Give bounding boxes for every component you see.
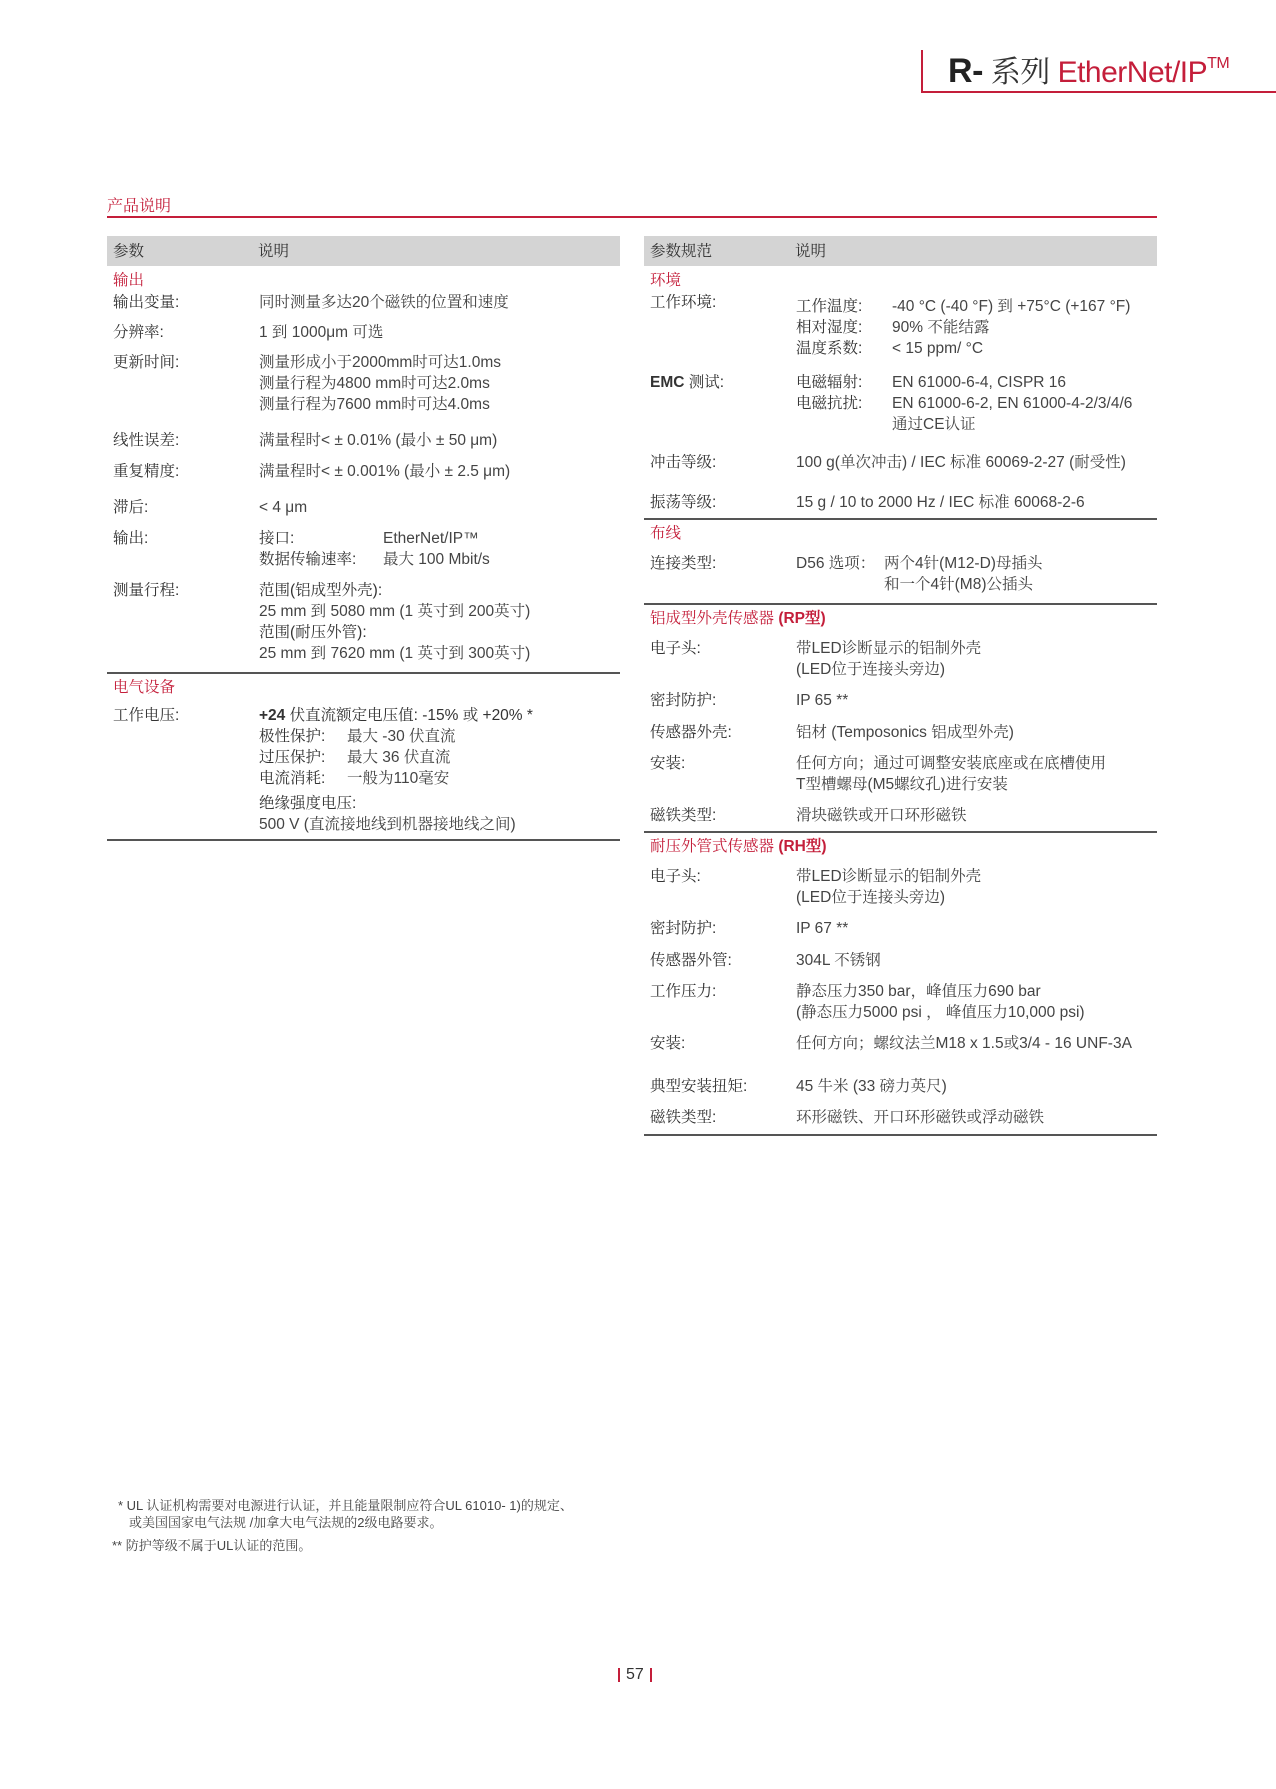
row-value: 滑块磁铁或开口环形磁铁 <box>796 805 1157 831</box>
row-key: 重复精度: <box>113 461 259 497</box>
table-row: 线性误差: 满量程时< ± 0.01% (最小 ± 50 μm) <box>107 430 620 461</box>
row-value: 100 g(单次冲击) / IEC 标准 60069-2-27 (耐受性) <box>796 452 1157 492</box>
row-key: 输出变量: <box>113 292 259 322</box>
table-row: 密封防护: IP 65 ** <box>644 690 1157 722</box>
row-key: 磁铁类型: <box>650 1107 796 1134</box>
table-bottom-rule <box>644 1134 1157 1136</box>
row-key: 典型安装扭矩: <box>650 1076 796 1107</box>
row-value: 铝材 (Temposonics 铝成型外壳) <box>796 722 1157 753</box>
row-key: 更新时间: <box>113 352 259 430</box>
row-key: 工作电压: <box>113 705 259 839</box>
row-value: 环形磁铁、开口环形磁铁或浮动磁铁 <box>796 1107 1157 1134</box>
row-value: +24 伏直流额定电压值: -15% 或 +20% * 极性保护:最大 -30 … <box>259 705 620 839</box>
row-value: 范围(铝成型外壳): 25 mm 到 5080 mm (1 英寸到 200英寸)… <box>259 580 620 672</box>
table-row: 工作环境: 工作温度:-40 °C (-40 °F) 到 +75°C (+167… <box>644 292 1157 372</box>
row-value: IP 65 ** <box>796 690 1157 722</box>
row-value: 测量形成小于2000mm时可达1.0ms 测量行程为4800 mm时可达2.0m… <box>259 352 620 430</box>
row-key: 振荡等级: <box>650 492 796 518</box>
table-row: 传感器外管: 304L 不锈钢 <box>644 950 1157 981</box>
row-value: 带LED诊断显示的铝制外壳 (LED位于连接头旁边) <box>796 866 1157 918</box>
table-row: 更新时间: 测量形成小于2000mm时可达1.0ms 测量行程为4800 mm时… <box>107 352 620 430</box>
header-bracket-vertical <box>921 50 923 93</box>
table-row: 磁铁类型: 环形磁铁、开口环形磁铁或浮动磁铁 <box>644 1107 1157 1134</box>
table-row: 典型安装扭矩: 45 牛米 (33 磅力英尺) <box>644 1076 1157 1107</box>
table-header: 参数 说明 <box>107 236 620 266</box>
table-row: 电子头: 带LED诊断显示的铝制外壳 (LED位于连接头旁边) <box>644 630 1157 690</box>
row-value: D56 选项：两个4针(M12-D)母插头 和一个4针(M8)公插头 <box>796 553 1157 603</box>
header-desc: 说明 <box>795 241 826 262</box>
row-key: 分辨率: <box>113 322 259 352</box>
row-value: 15 g / 10 to 2000 Hz / IEC 标准 60068-2-6 <box>796 492 1157 518</box>
table-row: 冲击等级: 100 g(单次冲击) / IEC 标准 60069-2-27 (耐… <box>644 452 1157 492</box>
table-row: 工作压力: 静态压力350 bar，峰值压力690 bar (静态压力5000 … <box>644 981 1157 1033</box>
table-header: 参数规范 说明 <box>644 236 1157 266</box>
header-series: 系列 <box>991 56 1050 89</box>
row-value: 静态压力350 bar，峰值压力690 bar (静态压力5000 psi ， … <box>796 981 1157 1033</box>
table-row: 安装: 任何方向；通过可调整安装底座或在底槽使用 T型槽螺母(M5螺纹孔)进行安… <box>644 753 1157 805</box>
section-rule <box>107 216 1157 218</box>
footnote-1-cont: 或美国国家电气法规 /加拿大电气法规的2级电路要求。 <box>118 1514 573 1531</box>
row-value: 任何方向；螺纹法兰M18 x 1.5或3/4 - 16 UNF-3A <box>796 1033 1157 1076</box>
table-row: 输出变量: 同时测量多达20个磁铁的位置和速度 <box>107 292 620 322</box>
row-key: 安装: <box>650 1033 796 1076</box>
row-value: IP 67 ** <box>796 918 1157 950</box>
header-dash: - <box>972 52 983 90</box>
group-title-electrical: 电气设备 <box>107 677 620 699</box>
footnote-2: ** 防护等级不属于UL认证的范围。 <box>112 1537 573 1554</box>
row-key: 线性误差: <box>113 430 259 461</box>
page-number-bar-left <box>618 1668 620 1682</box>
section-divider <box>644 603 1157 605</box>
header-prefix: R <box>948 52 972 90</box>
section-divider <box>644 831 1157 833</box>
row-value: 工作温度:-40 °C (-40 °F) 到 +75°C (+167 °F) 相… <box>796 296 1157 372</box>
row-key: 连接类型: <box>650 553 796 603</box>
group-title-output: 输出 <box>107 270 620 292</box>
section-title: 产品说明 <box>107 193 171 216</box>
row-key: 密封防护: <box>650 918 796 950</box>
footnote-1: * UL 认证机构需要对电源进行认证，并且能量限制应符合UL 61010- 1)… <box>118 1497 573 1514</box>
table-row: 工作电压: +24 伏直流额定电压值: -15% 或 +20% * 极性保护:最… <box>107 699 620 839</box>
row-key: 滞后: <box>113 497 259 528</box>
table-row: 连接类型: D56 选项：两个4针(M12-D)母插头 和一个4针(M8)公插头 <box>644 545 1157 603</box>
row-key: 输出: <box>113 528 259 580</box>
header-desc: 说明 <box>258 241 289 262</box>
row-key: 密封防护: <box>650 690 796 722</box>
row-value: 304L 不锈钢 <box>796 950 1157 981</box>
row-key: 传感器外管: <box>650 950 796 981</box>
page-number: 57 <box>618 1666 652 1684</box>
header-title: R- 系列 EtherNet/IPTM <box>948 46 1229 91</box>
row-value: 同时测量多达20个磁铁的位置和速度 <box>259 292 620 322</box>
footnotes: * UL 认证机构需要对电源进行认证，并且能量限制应符合UL 61010- 1)… <box>118 1497 573 1554</box>
header-brand: EtherNet/IPTM <box>1058 56 1230 89</box>
row-key: 磁铁类型: <box>650 805 796 831</box>
table-bottom-rule <box>107 839 620 841</box>
table-row: 输出: 接口:EtherNet/IP™ 数据传输速率:最大 100 Mbit/s <box>107 528 620 580</box>
page-number-bar-right <box>650 1668 652 1682</box>
row-value: < 4 μm <box>259 497 620 528</box>
table-row: 传感器外壳: 铝材 (Temposonics 铝成型外壳) <box>644 722 1157 753</box>
row-value: 任何方向；通过可调整安装底座或在底槽使用 T型槽螺母(M5螺纹孔)进行安装 <box>796 753 1157 805</box>
row-key: 工作环境: <box>650 292 796 372</box>
group-title-rh: 耐压外管式传感器 (RH型) <box>644 836 1157 858</box>
row-value: 电磁辐射:EN 61000-6-4, CISPR 16 电磁抗扰:EN 6100… <box>796 372 1157 452</box>
header-bracket-horizontal <box>921 91 1276 93</box>
table-row: 磁铁类型: 滑块磁铁或开口环形磁铁 <box>644 805 1157 831</box>
row-key: 工作压力: <box>650 981 796 1033</box>
row-value: 1 到 1000μm 可选 <box>259 322 620 352</box>
section-divider <box>644 518 1157 520</box>
table-row: EMC 测试: 电磁辐射:EN 61000-6-4, CISPR 16 电磁抗扰… <box>644 372 1157 452</box>
section-divider <box>107 672 620 674</box>
table-row: 密封防护: IP 67 ** <box>644 918 1157 950</box>
table-row: 测量行程: 范围(铝成型外壳): 25 mm 到 5080 mm (1 英寸到 … <box>107 580 620 672</box>
group-title-wiring: 布线 <box>644 523 1157 545</box>
table-row: 安装: 任何方向；螺纹法兰M18 x 1.5或3/4 - 16 UNF-3A <box>644 1033 1157 1076</box>
table-row: 重复精度: 满量程时< ± 0.001% (最小 ± 2.5 μm) <box>107 461 620 497</box>
header-param: 参数规范 <box>644 241 795 262</box>
table-row: 电子头: 带LED诊断显示的铝制外壳 (LED位于连接头旁边) <box>644 858 1157 918</box>
table-row: 振荡等级: 15 g / 10 to 2000 Hz / IEC 标准 6006… <box>644 492 1157 518</box>
table-row: 滞后: < 4 μm <box>107 497 620 528</box>
row-key: 传感器外壳: <box>650 722 796 753</box>
right-spec-table: 参数规范 说明 环境 工作环境: 工作温度:-40 °C (-40 °F) 到 … <box>644 236 1157 1136</box>
header-param: 参数 <box>107 241 258 262</box>
row-key: 电子头: <box>650 866 796 918</box>
left-spec-table: 参数 说明 输出 输出变量: 同时测量多达20个磁铁的位置和速度 分辨率: 1 … <box>107 236 620 841</box>
row-key: 电子头: <box>650 638 796 690</box>
row-key: 冲击等级: <box>650 452 796 492</box>
row-value: 45 牛米 (33 磅力英尺) <box>796 1076 1157 1107</box>
row-value: 满量程时< ± 0.001% (最小 ± 2.5 μm) <box>259 461 620 497</box>
row-key: EMC 测试: <box>650 372 796 452</box>
row-value: 带LED诊断显示的铝制外壳 (LED位于连接头旁边) <box>796 638 1157 690</box>
table-row: 分辨率: 1 到 1000μm 可选 <box>107 322 620 352</box>
row-key: 测量行程: <box>113 580 259 672</box>
group-title-rp: 铝成型外壳传感器 (RP型) <box>644 608 1157 630</box>
row-value: 满量程时< ± 0.01% (最小 ± 50 μm) <box>259 430 620 461</box>
row-value: 接口:EtherNet/IP™ 数据传输速率:最大 100 Mbit/s <box>259 528 620 580</box>
row-key: 安装: <box>650 753 796 805</box>
page-number-text: 57 <box>626 1666 644 1684</box>
group-title-environment: 环境 <box>644 270 1157 292</box>
